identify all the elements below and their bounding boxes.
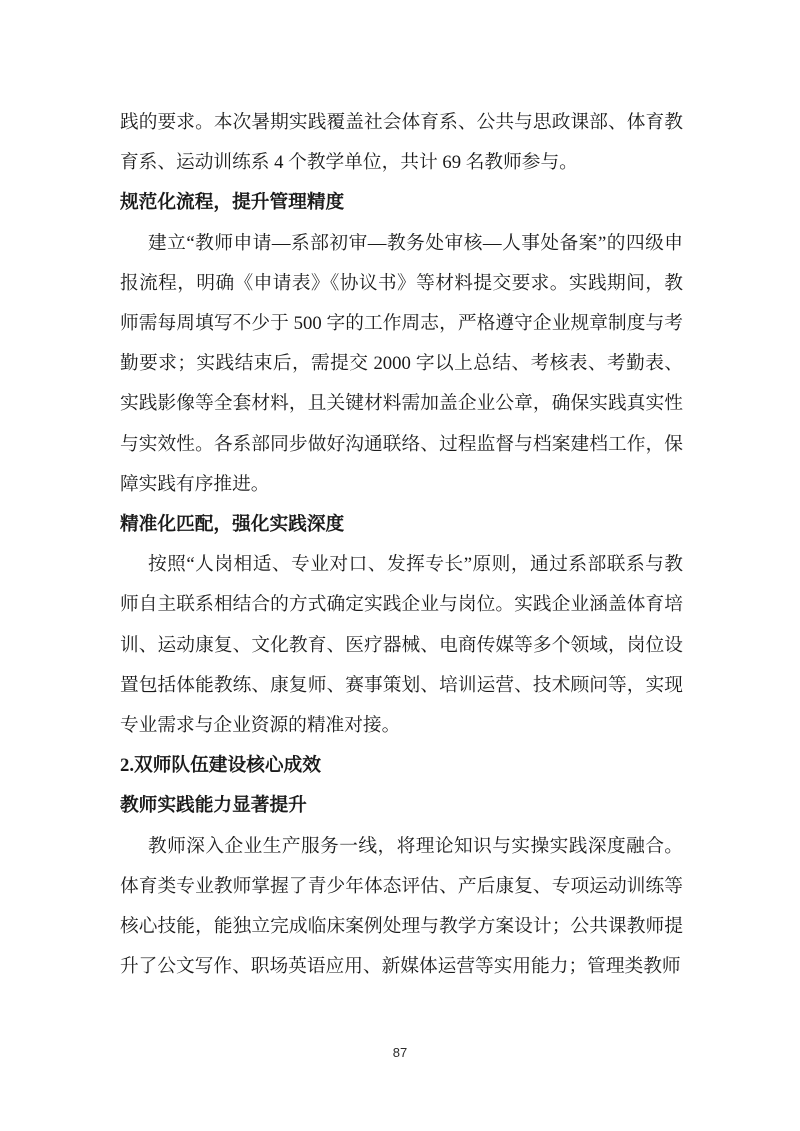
paragraph-ability: 教师深入企业生产服务一线，将理论知识与实操实践深度融合。体育类专业教师掌握了青少… bbox=[120, 827, 683, 988]
section-heading-numbered-2: 2.双师队伍建设核心成效 bbox=[120, 746, 683, 786]
section-heading-matching: 精准化匹配，强化实践深度 bbox=[120, 505, 683, 545]
paragraph-process: 建立“教师申请—系部初审—教务处审核—人事处备案”的四级申报流程，明确《申请表》… bbox=[120, 224, 683, 505]
paragraph-continued: 践的要求。本次暑期实践覆盖社会体育系、公共与思政课部、体育教育系、运动训练系 4… bbox=[120, 103, 683, 183]
document-content: 践的要求。本次暑期实践覆盖社会体育系、公共与思政课部、体育教育系、运动训练系 4… bbox=[120, 103, 683, 987]
page-number: 87 bbox=[0, 1045, 800, 1061]
section-heading-process: 规范化流程，提升管理精度 bbox=[120, 183, 683, 223]
paragraph-matching: 按照“人岗相适、专业对口、发挥专长”原则，通过系部联系与教师自主联系相结合的方式… bbox=[120, 545, 683, 746]
section-heading-ability: 教师实践能力显著提升 bbox=[120, 786, 683, 826]
document-page: 践的要求。本次暑期实践覆盖社会体育系、公共与思政课部、体育教育系、运动训练系 4… bbox=[0, 0, 800, 1131]
